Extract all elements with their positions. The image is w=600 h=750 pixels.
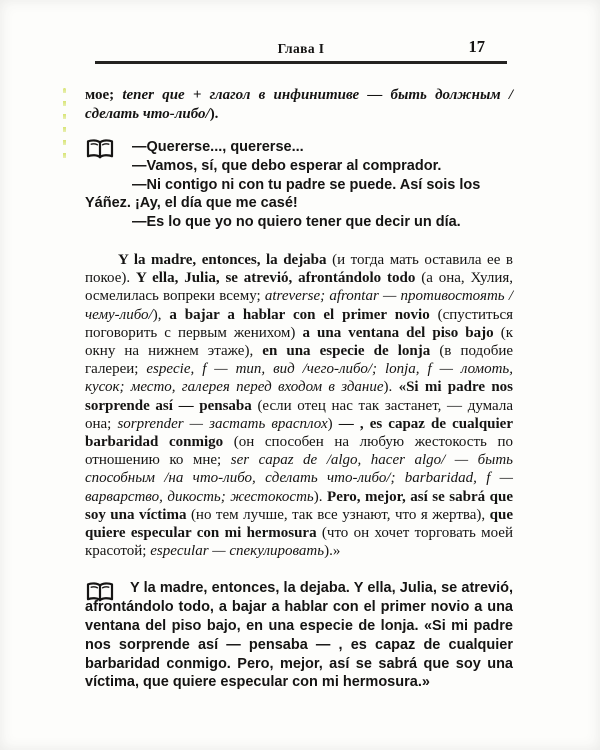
dialogue-block: —Quererse..., quererse...—Vamos, sí, que…	[85, 138, 513, 232]
text-run: )	[328, 416, 339, 432]
text-run: sorprender — застать врасплох	[117, 416, 327, 432]
text-run: мое;	[85, 87, 122, 103]
text-run: ).	[314, 489, 327, 505]
text-run: Y la madre, entonces, la dejaba	[118, 252, 332, 268]
open-book-icon	[86, 581, 114, 602]
highlighter-marks	[63, 88, 66, 164]
text-run: ).	[210, 106, 219, 122]
repetition-block: Y la madre, entonces, la dejaba. Y ella,…	[85, 579, 513, 692]
page-header: Глава I 17	[95, 36, 507, 64]
open-book-icon	[86, 138, 114, 159]
text-run: a una ventana del piso bajo	[302, 325, 500, 341]
text-run: en una especie de lonja	[262, 343, 439, 359]
book-page: Глава I 17 мое; tener que + глагол в инф…	[0, 0, 600, 750]
dialogue-line: —Es lo que yo no quiero tener que decir …	[85, 213, 513, 232]
dialogue-lines: —Quererse..., quererse...—Vamos, sí, que…	[85, 138, 513, 232]
study-paragraph: Y la madre, entonces, la dejaba (и тогда…	[85, 251, 513, 560]
page-content: мое; tener que + глагол в инфинитиве — б…	[85, 86, 513, 692]
dialogue-line: —Vamos, sí, que debo esperar al comprado…	[85, 157, 513, 176]
text-run: Y ella, Julia, se atrevió, afrontándolo …	[136, 270, 421, 286]
repetition-paragraph: Y la madre, entonces, la dejaba. Y ella,…	[85, 579, 513, 692]
dialogue-line: —Quererse..., quererse...	[85, 138, 513, 157]
text-run: a bajar a hablar con el primer novio	[169, 307, 437, 323]
text-run: ).	[384, 379, 399, 395]
text-run: especular — спекулировать	[150, 543, 324, 559]
page-number: 17	[469, 37, 486, 57]
grammar-note-paragraph: мое; tener que + глагол в инфинитиве — б…	[85, 86, 513, 124]
text-run: ).»	[324, 543, 340, 559]
chapter-title: Глава I	[95, 41, 507, 57]
dialogue-line: —Ni contigo ni con tu padre se puede. As…	[85, 176, 513, 214]
text-run: (но тем лучше, так все узнают, что я жер…	[191, 507, 490, 523]
text-run: ),	[153, 307, 170, 323]
text-run: tener que + глагол в инфинитиве — быть д…	[85, 87, 513, 122]
